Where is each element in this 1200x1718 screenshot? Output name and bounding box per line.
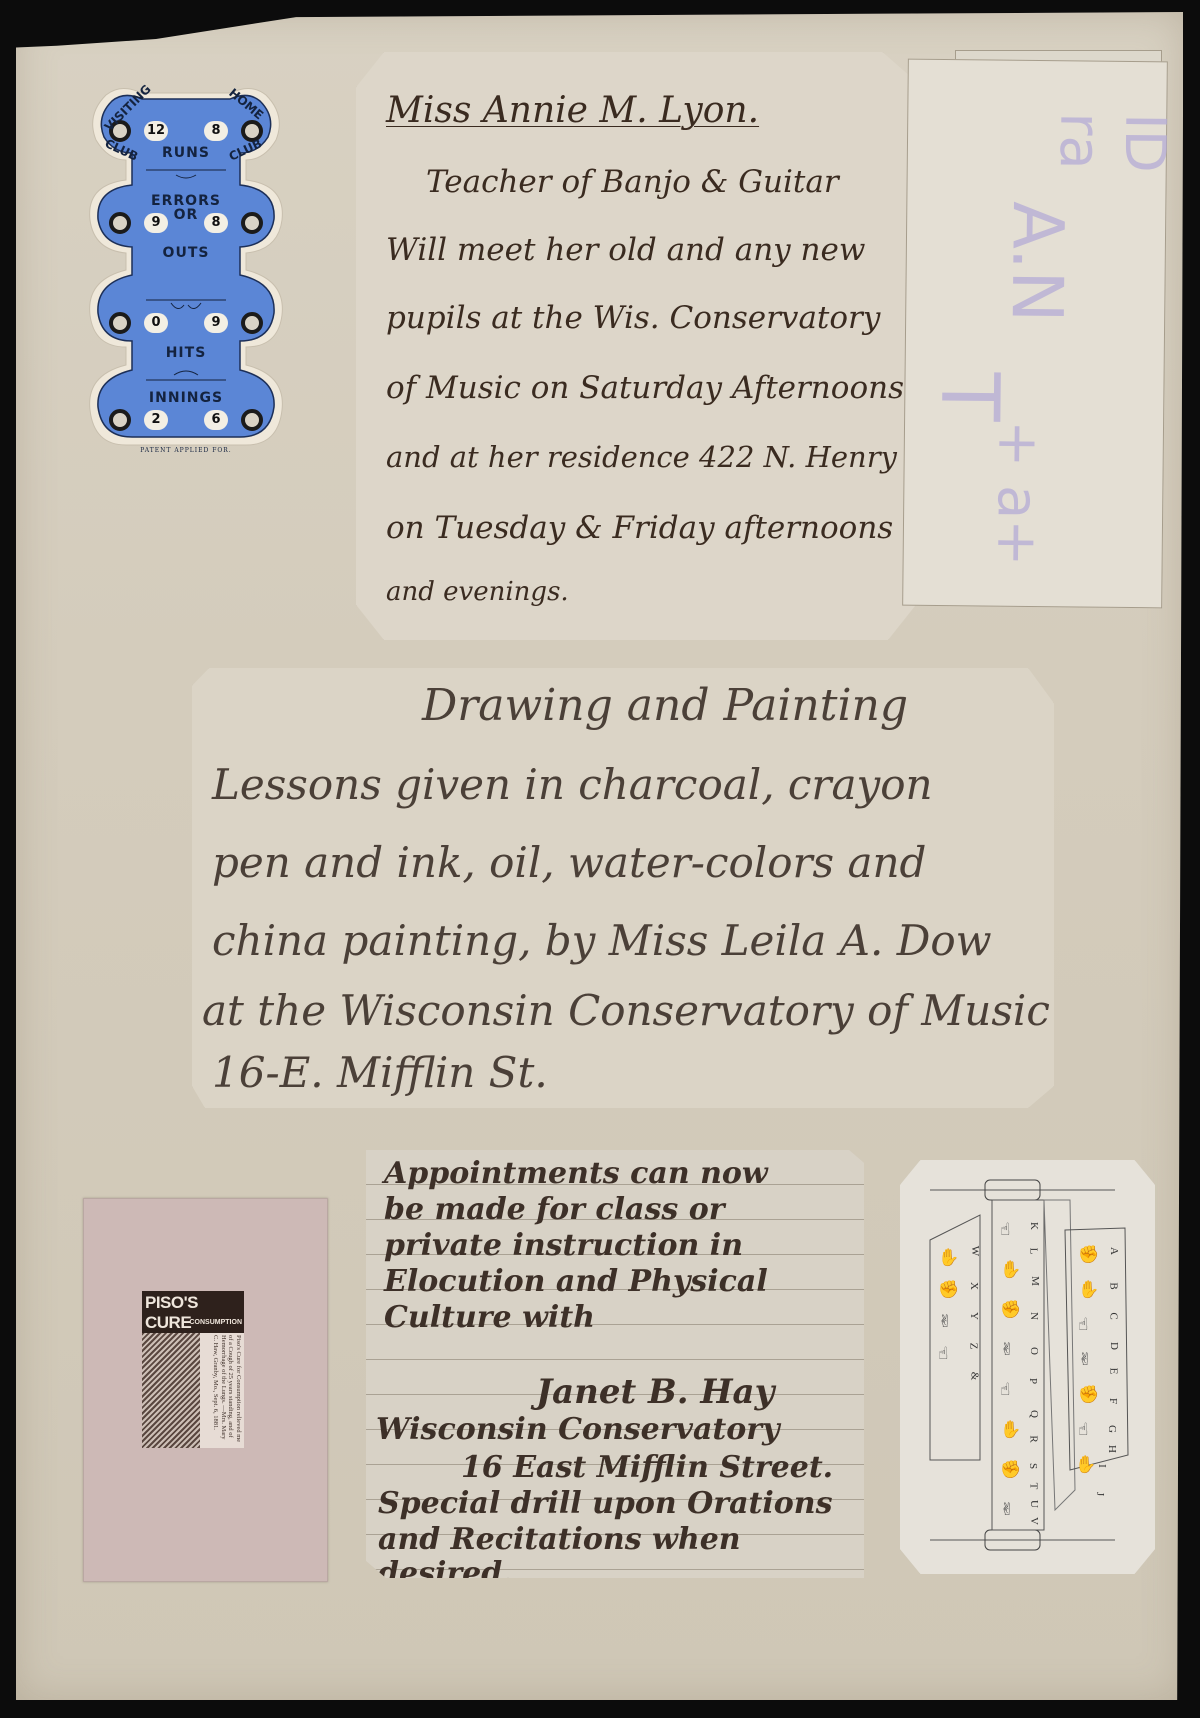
alpha-letter-m: M [1029, 1276, 1041, 1286]
hand-sign-icon: ✋ [1078, 1280, 1099, 1300]
manual-alphabet-card: A B C D E F G H I J K L M N O P Q R S T … [900, 1160, 1155, 1574]
hand-sign-icon: ✌ [1000, 1340, 1014, 1360]
hand-sign-icon: ✋ [1000, 1420, 1021, 1440]
runs-home: 8 [204, 121, 228, 141]
dow-line-4: at the Wisconsin Conservatory of Music [202, 986, 1050, 1035]
hand-sign-icon: ✋ [1000, 1260, 1021, 1280]
lyon-line-1: Teacher of Banjo & Guitar [426, 164, 839, 200]
dow-line-2: pen and ink, oil, water-colors and [212, 838, 926, 887]
alpha-letter-a: A [1108, 1247, 1120, 1255]
hay-line-4: Elocution and Physical [384, 1264, 768, 1299]
innings-home: 6 [204, 410, 228, 430]
alpha-letter-j: J [1094, 1492, 1106, 1496]
patent-notice: PATENT APPLIED FOR. [86, 447, 286, 454]
hand-sign-icon: ✊ [1000, 1300, 1021, 1320]
hand-sign-icon: ☝ [1000, 1380, 1010, 1400]
pisos-cure-testimonial: Piso's Cure for Consumption relieved me … [202, 1335, 242, 1445]
alpha-letter-r: R [1028, 1435, 1040, 1442]
hay-line-2: be made for class or [384, 1192, 725, 1227]
hand-sign-icon: ✋ [938, 1248, 959, 1268]
alpha-letter-z: Z [967, 1343, 979, 1350]
or-label: OR [86, 207, 286, 223]
hand-sign-icon: ✌ [1078, 1350, 1092, 1370]
dow-line-3: china painting, by Miss Leila A. Dow [212, 916, 992, 965]
alpha-letter-y: Y [968, 1312, 980, 1320]
hand-sign-icon: ✋ [1075, 1455, 1096, 1475]
alpha-letter-k: K [1028, 1222, 1040, 1230]
hand-sign-icon: ✊ [1078, 1385, 1099, 1405]
alpha-letter-q: Q [1028, 1410, 1040, 1418]
hay-line-1: Appointments can now [384, 1156, 768, 1191]
alpha-letter-i: I [1096, 1464, 1108, 1468]
hay-line-9: Special drill upon Orations [378, 1486, 832, 1521]
hand-sign-icon: ✊ [1078, 1245, 1099, 1265]
hay-line-10: and Recitations when [378, 1522, 741, 1557]
hay-line-8: 16 East Mifflin Street. [461, 1450, 833, 1485]
alpha-letter-b: B [1108, 1282, 1120, 1289]
hits-label: HITS [86, 345, 286, 361]
hand-sign-icon: ✌ [1000, 1500, 1014, 1520]
alpha-letter-n: N [1028, 1312, 1040, 1320]
hand-sign-icon: ☝ [1078, 1420, 1088, 1440]
lyon-line-3: pupils at the Wis. Conservatory [386, 300, 880, 336]
alpha-letter-ampersand: & [968, 1372, 980, 1381]
alpha-letter-p: P [1027, 1378, 1039, 1384]
hand-sign-icon: ✊ [938, 1280, 959, 1300]
pisos-cure-advertisement: PISO'S CURE CONSUMPTION Piso's Cure for … [142, 1291, 244, 1448]
alpha-letter-l: L [1027, 1248, 1039, 1255]
alpha-letter-h: H [1106, 1445, 1118, 1453]
errors-visiting: 9 [144, 213, 168, 233]
pisos-cure-subtitle: CONSUMPTION [190, 1319, 243, 1326]
lyon-line-5: and at her residence 422 N. Henry St. [386, 440, 947, 474]
alpha-letter-e: E [1107, 1368, 1119, 1375]
bleed-mark-4: + a+ [984, 420, 1051, 567]
hay-elocution-card: Appointments can now be made for class o… [366, 1150, 864, 1578]
runs-label: RUNS [86, 145, 286, 161]
hand-sign-icon: ☝ [1078, 1315, 1088, 1335]
innings-label: INNINGS [86, 390, 286, 406]
folded-note[interactable]: ID ra A.N T + a+ [902, 59, 1168, 609]
lyon-line-2: Will meet her old and any new [386, 232, 865, 268]
hits-visiting: 0 [144, 313, 168, 333]
pisos-cure-header: PISO'S CURE CONSUMPTION [142, 1291, 244, 1333]
bleed-mark-3: T [923, 372, 1017, 422]
lyon-name: Miss Annie M. Lyon. [386, 90, 759, 131]
dow-line-5: 16-E. Mifflin St. [212, 1048, 548, 1097]
alpha-letter-w: W [969, 1246, 981, 1256]
hand-sign-icon: ✌ [938, 1312, 952, 1332]
alpha-letter-d: D [1108, 1342, 1120, 1350]
alpha-letter-s: S [1027, 1463, 1039, 1469]
alpha-letter-c: C [1108, 1312, 1120, 1319]
runs-visiting: 12 [144, 121, 168, 141]
child-reaching-bottle-illustration [142, 1333, 200, 1448]
pisos-cure-trade-card: PISO'S CURE CONSUMPTION Piso's Cure for … [83, 1198, 328, 1582]
alpha-letter-g: G [1106, 1425, 1118, 1433]
alpha-letter-t: T [1027, 1483, 1039, 1490]
dow-art-lessons-card: Drawing and Painting Lessons given in ch… [192, 668, 1054, 1108]
alpha-letter-o: O [1028, 1347, 1040, 1355]
alpha-letter-x: X [968, 1282, 980, 1290]
outs-label: OUTS [86, 245, 286, 261]
alpha-letter-f: F [1107, 1398, 1119, 1404]
lyon-line-6: on Tuesday & Friday afternoons [386, 510, 893, 546]
lyon-line-4: of Music on Saturday Afternoons [386, 370, 904, 406]
innings-visiting: 2 [144, 410, 168, 430]
pisos-cure-brand: PISO'S CURE [145, 1293, 244, 1333]
errors-home: 8 [204, 213, 228, 233]
hand-sign-icon: ☝ [1000, 1220, 1010, 1240]
hay-line-5: Culture with [384, 1300, 595, 1335]
alpha-letter-v: V [1028, 1517, 1040, 1525]
hay-line-3: private instruction in [384, 1228, 743, 1263]
bleed-mark-2: A.N [996, 201, 1079, 323]
alpha-letter-u: U [1028, 1500, 1040, 1508]
hand-sign-icon: ☝ [938, 1344, 948, 1364]
dow-title: Drawing and Painting [422, 680, 908, 731]
hay-line-7: Wisconsin Conservatory [376, 1412, 780, 1447]
lyon-line-7: and evenings. [386, 577, 569, 607]
dow-line-1: Lessons given in charcoal, crayon [212, 760, 933, 809]
hand-sign-icon: ✊ [1000, 1460, 1021, 1480]
baseball-scorecard: VISITING CLUB HOME CLUB 12 8 RUNS ERRORS… [86, 85, 286, 460]
lyon-music-card: Miss Annie M. Lyon. Teacher of Banjo & G… [356, 52, 916, 640]
hay-signature: Janet B. Hay [536, 1372, 774, 1412]
hits-home: 9 [204, 313, 228, 333]
